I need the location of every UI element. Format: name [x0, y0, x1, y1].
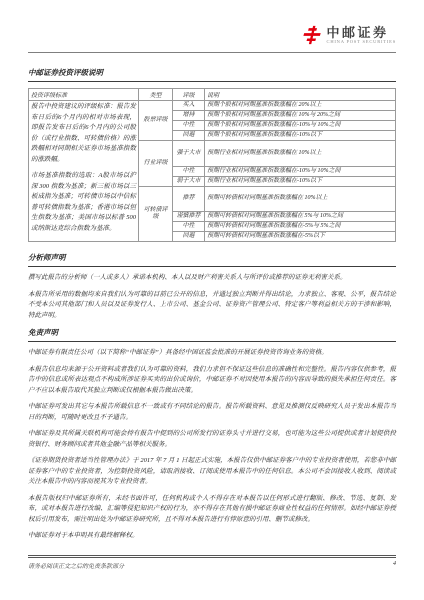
rating-section-title: 中邮证券投资评级说明 — [28, 67, 396, 82]
rating-section: 中邮证券投资评级说明 投资评级标准 类型 评级 说明 报告中投资建议的评级标准：… — [28, 67, 396, 242]
desc-cell: 预期行业相对同期基准指数涨幅在-10%以下 — [205, 176, 396, 186]
analyst-paragraph: 本报告所采用的数据均来自我们认为可靠的目前已公开的信息，并通过独立判断并得出结论… — [28, 290, 396, 322]
footer-divider — [28, 555, 396, 558]
desc-cell: 预期行业相对同期基准指数涨幅在 10%以上 — [205, 141, 396, 167]
disclaimer-paragraph: 中邮证券有限责任公司（以下简称“中邮证券”）具备经中国证监会批准的开展证券投资咨… — [28, 348, 396, 359]
page-content: 中邮证券投资评级说明 投资评级标准 类型 评级 说明 报告中投资建议的评级标准：… — [0, 53, 424, 542]
desc-cell: 预期个股相对同期基准指数涨幅在 10%与 20%之间 — [205, 111, 396, 121]
criteria-paragraph: 报告中投资建议的评级标准：报告发布日后的6个月内的相对市场表现，即报告发布日后的… — [31, 102, 136, 165]
report-page: 中邮证券 CHINA POST SECURITIES 中邮证券投资评级说明 投资… — [0, 0, 424, 600]
rating-cell: 回避 — [173, 232, 205, 242]
rating-cell: 强于大市 — [173, 141, 205, 167]
disclaimer-paragraph: 中邮证券及其所属关联机构可能会持有报告中提到的公司所发行的证券头寸并进行交易，也… — [28, 429, 396, 450]
rating-cell: 谨慎推荐 — [173, 212, 205, 222]
desc-cell: 预期可转债相对同期基准指数涨幅在-5%与 5%之间 — [205, 222, 396, 232]
rating-cell: 增持 — [173, 111, 205, 121]
analyst-section: 分析师声明 撰写此报告的分析师（一人或多人）承诺本机构、本人以及财产利害关系人与… — [28, 252, 396, 321]
disclaimer-paragraph: 本报告版权归中邮证券所有，未经书面许可，任何机构或个人不得存在对本报告以任何形式… — [28, 494, 396, 526]
rating-cell: 回避 — [173, 131, 205, 141]
criteria-cell: 报告中投资建议的评级标准：报告发布日后的6个月内的相对市场表现，即报告发布日后的… — [29, 101, 139, 242]
desc-cell: 预期个股相对同期基准指数涨幅在-10%与 10%之间 — [205, 121, 396, 131]
rating-cell: 中性 — [173, 166, 205, 176]
header-criteria: 投资评级标准 — [29, 89, 139, 101]
disclaimer-paragraph: 本报告信息均来源于公开资料或者我们认为可靠的资料，我们力求但不保证这些信息的准确… — [28, 365, 396, 397]
desc-cell: 预期个股相对同期基准指数涨幅在-10%以下 — [205, 131, 396, 141]
desc-cell: 预期可转债相对同期基准指数涨幅在 5%与 10%之间 — [205, 212, 396, 222]
brand-logo: 中邮证券 CHINA POST SECURITIES — [301, 24, 396, 52]
criteria-paragraph: 市场基准指数的选取：A股市场以沪深 300 指数为基准；新三板市场以三板成指为基… — [31, 171, 136, 234]
desc-cell: 预期可转债相对同期基准指数涨幅在-5%以下 — [205, 232, 396, 242]
analyst-paragraph: 撰写此报告的分析师（一人或多人）承诺本机构、本人以及财产利害关系人与所评价或推荐… — [28, 273, 396, 284]
footer-notice: 请务必阅读正文之后的免责条款部分 — [28, 561, 124, 570]
disclaimer-section: 免责声明 中邮证券有限责任公司（以下简称“中邮证券”）具备经中国证监会批准的开展… — [28, 327, 396, 542]
rating-cell: 买入 — [173, 101, 205, 111]
table-row: 报告中投资建议的评级标准：报告发布日后的6个月内的相对市场表现，即报告发布日后的… — [29, 101, 396, 111]
header-type: 类型 — [139, 89, 173, 101]
header-rating: 评级 — [173, 89, 205, 101]
type-cell-industry: 行业评级 — [139, 141, 173, 187]
rating-cell: 推荐 — [173, 186, 205, 212]
page-number: 4 — [393, 561, 396, 570]
disclaimer-paragraph: 《证券期货投资者适当性管理办法》于 2017 年 7 月 1 日起正式实施，本报… — [28, 456, 396, 488]
brand-name-cn: 中邮证券 — [327, 26, 396, 39]
desc-cell: 预期行业相对同期基准指数涨幅在-10%与 10%之间 — [205, 166, 396, 176]
china-post-logo-icon — [301, 24, 323, 46]
header-desc: 说明 — [205, 89, 396, 101]
rating-cell: 中性 — [173, 121, 205, 131]
table-header-row: 投资评级标准 类型 评级 说明 — [29, 89, 396, 101]
rating-table: 投资评级标准 类型 评级 说明 报告中投资建议的评级标准：报告发布日后的6个月内… — [28, 88, 396, 242]
type-cell-convertible: 可转债评级 — [139, 186, 173, 242]
disclaimer-paragraph: 中邮证券可发出其它与本报告所载信息不一致或有不同结论的报告。报告所载资料、意见及… — [28, 402, 396, 423]
page-header: 中邮证券 CHINA POST SECURITIES — [0, 0, 424, 52]
brand-text: 中邮证券 CHINA POST SECURITIES — [327, 26, 396, 45]
analyst-section-title: 分析师声明 — [28, 252, 396, 267]
disclaimer-paragraph: 中邮证券对于本申明具有最终解释权。 — [28, 531, 396, 542]
rating-cell: 中性 — [173, 222, 205, 232]
rating-cell: 弱于大市 — [173, 176, 205, 186]
brand-name-en: CHINA POST SECURITIES — [327, 39, 396, 45]
desc-cell: 预期个股相对同期基准指数涨幅在 20%以上 — [205, 101, 396, 111]
page-footer: 请务必阅读正文之后的免责条款部分 4 — [28, 555, 396, 570]
disclaimer-section-title: 免责声明 — [28, 327, 396, 342]
desc-cell: 预期可转债相对同期基准指数涨幅在 10%以上 — [205, 186, 396, 212]
type-cell-stock: 股票评级 — [139, 101, 173, 141]
